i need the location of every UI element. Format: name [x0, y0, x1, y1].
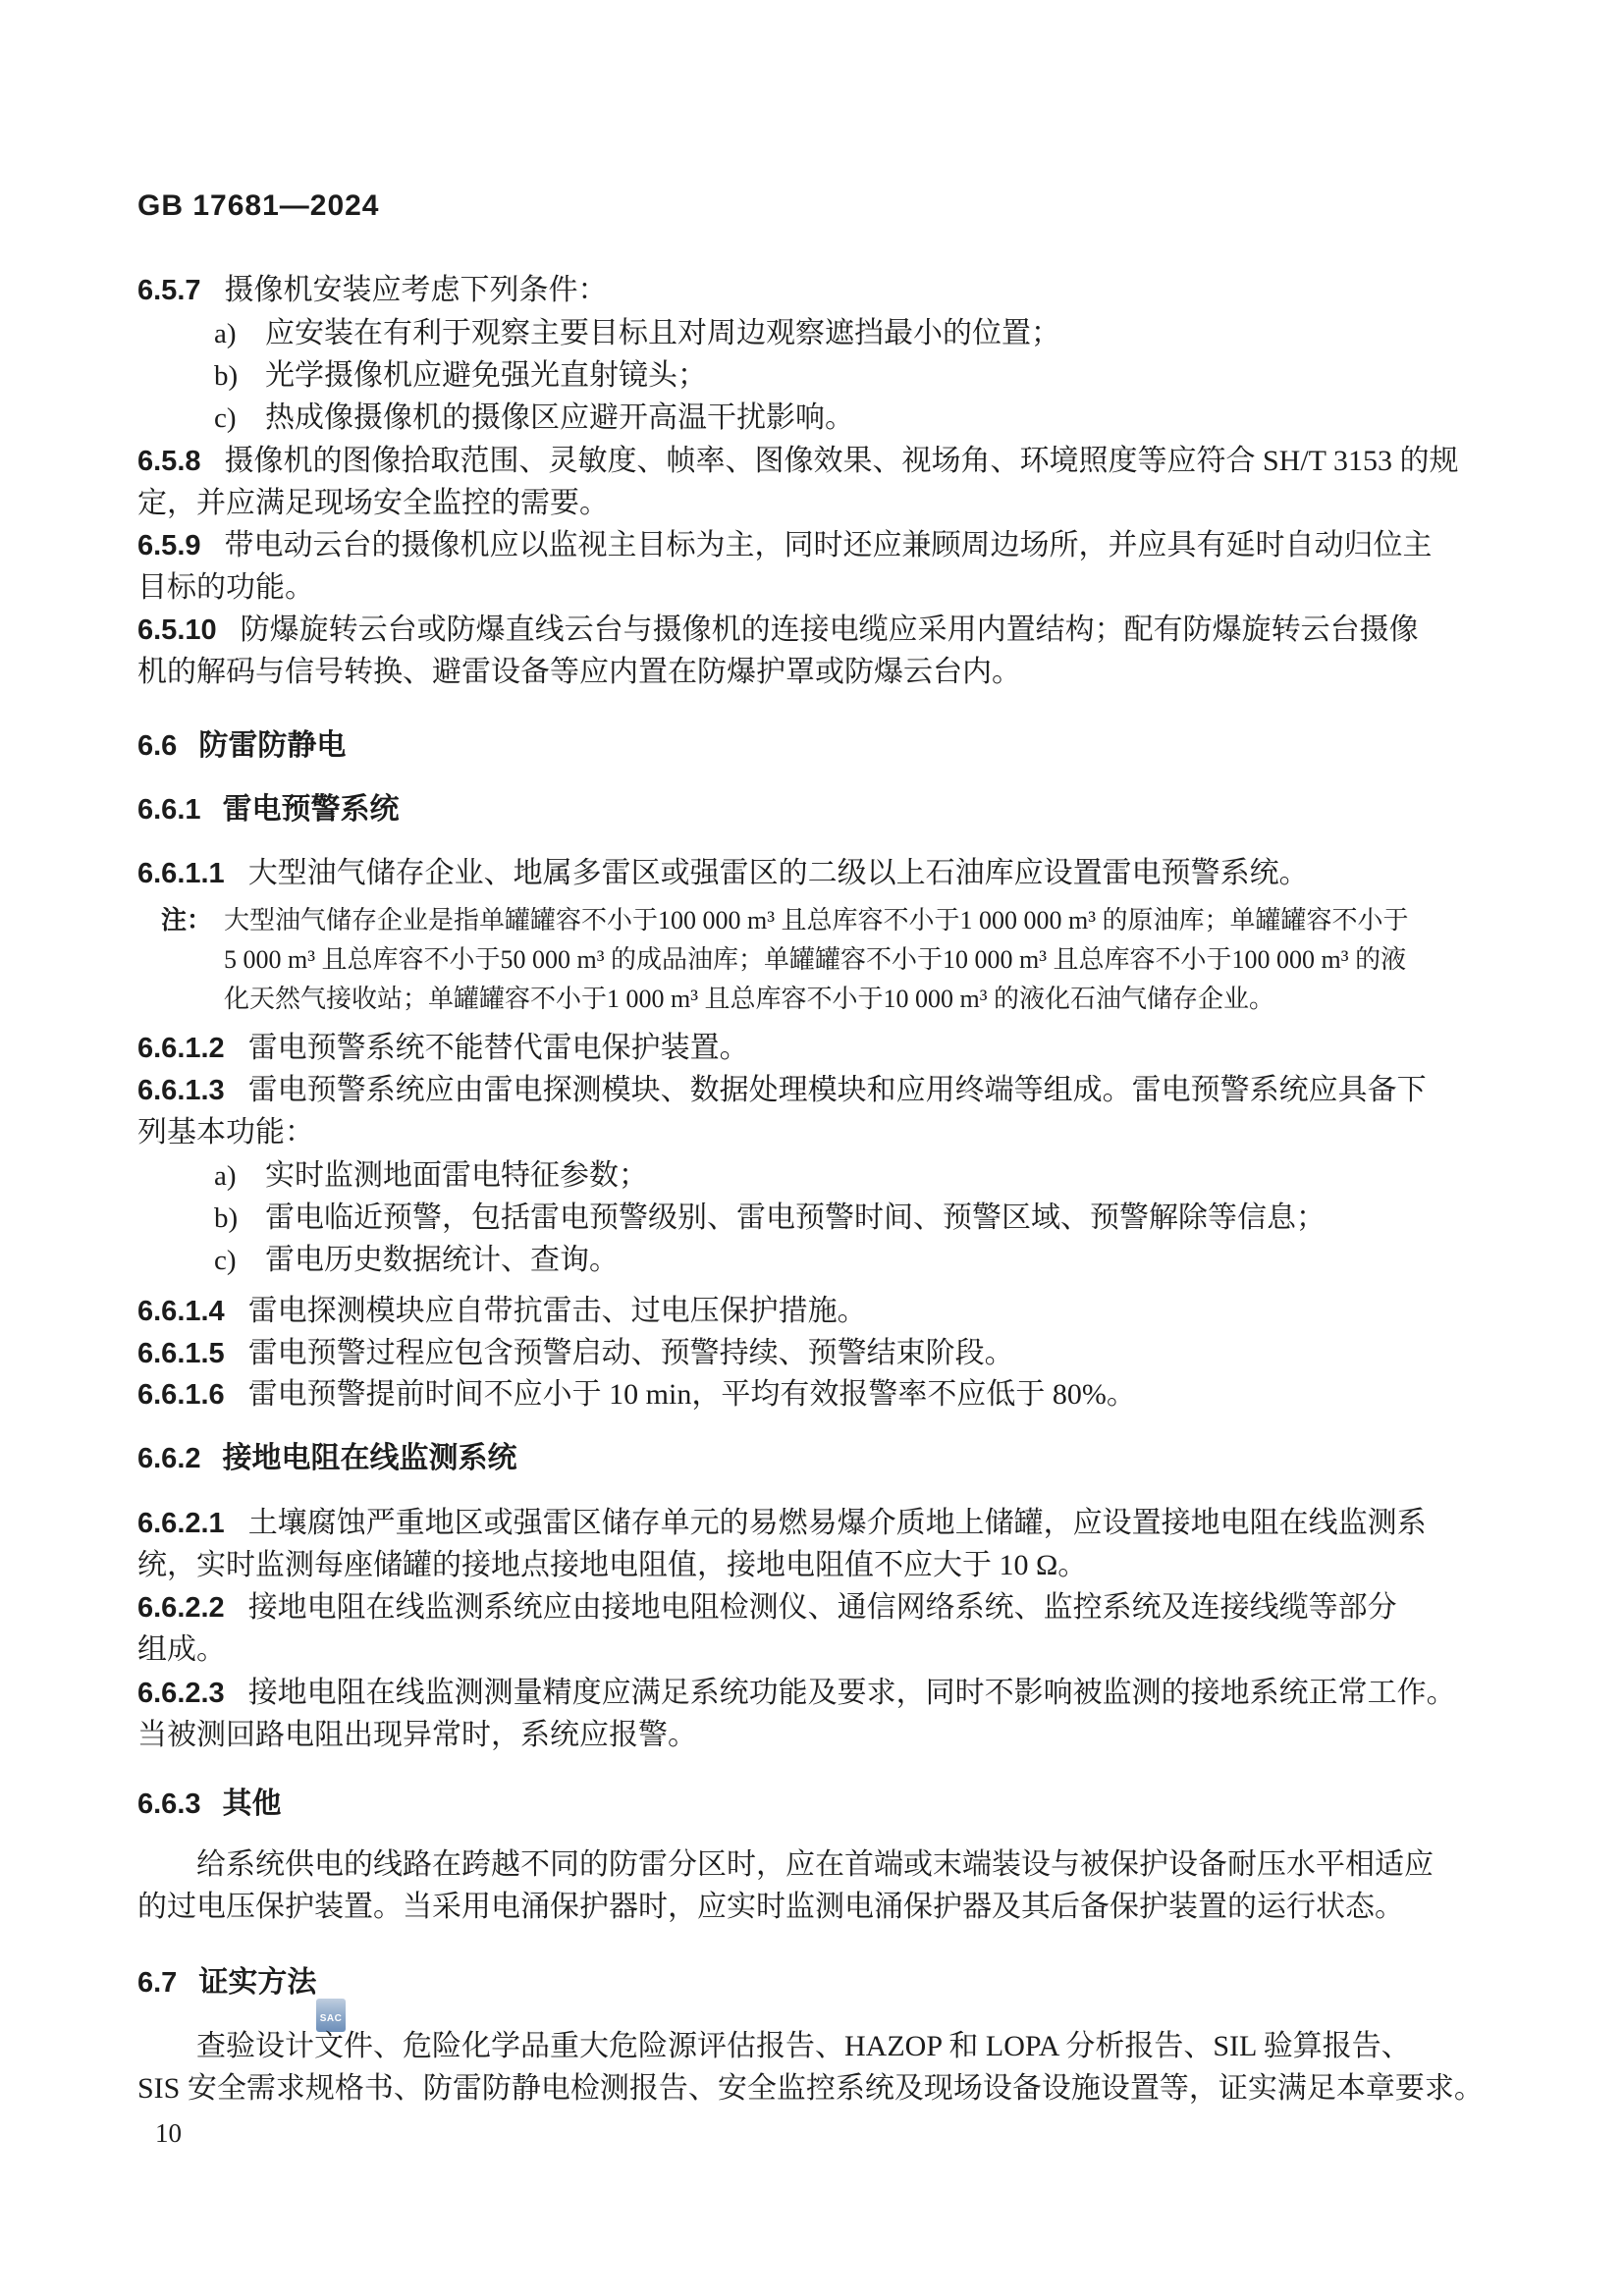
- clause-text: 接地电阻在线监测系统应由接地电阻检测仪、通信网络系统、监控系统及连接线缆等部分: [248, 1591, 1397, 1624]
- section-number: 6.6.1: [137, 794, 201, 826]
- list-text: 实时监测地面雷电特征参数；: [265, 1159, 648, 1192]
- document-page: GB 17681—2024 6.5.7摄像机安装应考虑下列条件： a)应安装在有…: [0, 0, 1624, 2296]
- clause-6-6-2-3-line1: 6.6.2.3接地电阻在线监测测量精度应满足系统功能及要求，同时不影响被监测的接…: [137, 1676, 1456, 1711]
- clause-6-5-10-line2: 机的解码与信号转换、避雷设备等应内置在防爆护罩或防爆云台内。: [137, 655, 1021, 690]
- clause-6-5-8-line1: 6.5.8摄像机的图像拾取范围、灵敏度、帧率、图像效果、视场角、环境照度等应符合…: [137, 444, 1458, 479]
- clause-6-6-1-6: 6.6.1.6雷电预警提前时间不应小于 10 min，平均有效报警率不应低于 8…: [137, 1377, 1136, 1413]
- clause-text: 雷电预警过程应包含预警启动、预警持续、预警结束阶段。: [248, 1337, 1014, 1369]
- clause-6-5-9-line1: 6.5.9带电动云台的摄像机应以监视主目标为主，同时还应兼顾周边场所，并应具有延…: [137, 528, 1433, 563]
- clause-6-6-2-2-line2: 组成。: [137, 1632, 226, 1668]
- list-label: a): [214, 1159, 265, 1194]
- list-text: 雷电临近预警，包括雷电预警级别、雷电预警时间、预警区域、预警解除等信息；: [265, 1201, 1326, 1234]
- note-line2: 5 000 m³ 且总库容不小于50 000 m³ 的成品油库；单罐罐容不小于1…: [224, 944, 1406, 975]
- section-number: 6.6.3: [137, 1789, 201, 1820]
- clause-6-6-1-2: 6.6.1.2雷电预警系统不能替代雷电保护装置。: [137, 1031, 749, 1066]
- list-label: c): [214, 1244, 265, 1278]
- section-title: 接地电阻在线监测系统: [223, 1442, 517, 1474]
- section-heading-6-6: 6.6防雷防静电: [137, 728, 346, 764]
- paragraph-6-6-3-line1: 给系统供电的线路在跨越不同的防雷分区时，应在首端或末端装设与被保护设备耐压水平相…: [196, 1847, 1434, 1883]
- section-number: 6.6: [137, 730, 177, 762]
- clause-6-6-2-1-line2: 统，实时监测每座储罐的接地点接地电阻值，接地电阻值不应大于 10 Ω。: [137, 1548, 1087, 1583]
- clause-number: 6.6.1.4: [137, 1296, 225, 1327]
- list-text: 光学摄像机应避免强光直射镜头；: [265, 359, 707, 392]
- clause-text: 接地电阻在线监测测量精度应满足系统功能及要求，同时不影响被监测的接地系统正常工作…: [248, 1677, 1456, 1709]
- list-item-a: a)实时监测地面雷电特征参数；: [214, 1158, 648, 1194]
- clause-text: 土壤腐蚀严重地区或强雷区储存单元的易燃易爆介质地上储罐，应设置接地电阻在线监测系: [248, 1507, 1427, 1539]
- clause-number: 6.6.1.5: [137, 1338, 225, 1369]
- clause-text: 雷电预警系统应由雷电探测模块、数据处理模块和应用终端等组成。雷电预警系统应具备下: [248, 1074, 1427, 1106]
- section-title: 雷电预警系统: [223, 793, 400, 826]
- list-item-c: c)雷电历史数据统计、查询。: [214, 1243, 619, 1278]
- section-title: 防雷防静电: [198, 729, 346, 762]
- note-line3: 化天然气接收站；单罐罐容不小于1 000 m³ 且总库容不小于10 000 m³…: [224, 984, 1274, 1014]
- clause-number: 6.6.1.6: [137, 1379, 225, 1411]
- paragraph-6-6-3-line2: 的过电压保护装置。当采用电涌保护器时，应实时监测电涌保护器及其后备保护装置的运行…: [137, 1890, 1404, 1925]
- sac-watermark-logo: SAC: [316, 1999, 346, 2032]
- section-number: 6.6.2: [137, 1443, 201, 1474]
- clause-6-6-1-3-line2: 列基本功能：: [137, 1115, 314, 1150]
- clause-number: 6.6.2.3: [137, 1678, 225, 1709]
- clause-number: 6.6.1.3: [137, 1075, 225, 1106]
- clause-number: 6.6.1.1: [137, 858, 225, 889]
- clause-text: 摄像机的图像拾取范围、灵敏度、帧率、图像效果、视场角、环境照度等应符合 SH/T…: [225, 445, 1459, 477]
- clause-6-6-2-3-line2: 当被测回路电阻出现异常时，系统应报警。: [137, 1718, 697, 1753]
- clause-number: 6.6.1.2: [137, 1033, 225, 1064]
- clause-text: 雷电探测模块应自带抗雷击、过电压保护措施。: [248, 1295, 867, 1327]
- clause-6-5-7: 6.5.7摄像机安装应考虑下列条件：: [137, 273, 608, 308]
- clause-6-6-1-3-line1: 6.6.1.3雷电预警系统应由雷电探测模块、数据处理模块和应用终端等组成。雷电预…: [137, 1073, 1427, 1108]
- list-label: a): [214, 317, 265, 351]
- page-number: 10: [155, 2117, 182, 2149]
- paragraph-6-7-line2: SIS 安全需求规格书、防雷防静电检测报告、安全监控系统及现场设备设施设置等，证…: [137, 2071, 1484, 2107]
- list-label: b): [214, 359, 265, 394]
- list-item-b: b)雷电临近预警，包括雷电预警级别、雷电预警时间、预警区域、预警解除等信息；: [214, 1201, 1326, 1236]
- list-item-b: b)光学摄像机应避免强光直射镜头；: [214, 358, 707, 394]
- note-line1: 注：大型油气储存企业是指单罐罐容不小于100 000 m³ 且总库容不小于1 0…: [161, 905, 1409, 935]
- clause-text: 大型油气储存企业、地属多雷区或强雷区的二级以上石油库应设置雷电预警系统。: [248, 857, 1309, 889]
- clause-6-6-2-2-line1: 6.6.2.2接地电阻在线监测系统应由接地电阻检测仪、通信网络系统、监控系统及连…: [137, 1590, 1397, 1626]
- section-heading-6-6-1: 6.6.1雷电预警系统: [137, 792, 400, 828]
- clause-text: 防爆旋转云台或防爆直线云台与摄像机的连接电缆应采用内置结构；配有防爆旋转云台摄像: [241, 614, 1419, 646]
- list-item-c: c)热成像摄像机的摄像区应避开高温干扰影响。: [214, 400, 854, 436]
- clause-6-5-9-line2: 目标的功能。: [137, 570, 314, 606]
- section-title: 证实方法: [198, 1966, 316, 1999]
- list-text: 应安装在有利于观察主要目标且对周边观察遮挡最小的位置；: [265, 317, 1060, 349]
- list-item-a: a)应安装在有利于观察主要目标且对周边观察遮挡最小的位置；: [214, 316, 1060, 351]
- clause-number: 6.5.8: [137, 446, 201, 477]
- clause-number: 6.6.2.1: [137, 1508, 225, 1539]
- clause-6-6-1-4: 6.6.1.4雷电探测模块应自带抗雷击、过电压保护措施。: [137, 1294, 867, 1329]
- clause-text: 带电动云台的摄像机应以监视主目标为主，同时还应兼顾周边场所，并应具有延时自动归位…: [225, 529, 1433, 561]
- clause-6-6-1-1: 6.6.1.1大型油气储存企业、地属多雷区或强雷区的二级以上石油库应设置雷电预警…: [137, 856, 1309, 891]
- clause-6-6-1-5: 6.6.1.5雷电预警过程应包含预警启动、预警持续、预警结束阶段。: [137, 1336, 1014, 1371]
- clause-text: 雷电预警系统不能替代雷电保护装置。: [248, 1032, 749, 1064]
- section-number: 6.7: [137, 1967, 177, 1999]
- clause-6-5-10-line1: 6.5.10防爆旋转云台或防爆直线云台与摄像机的连接电缆应采用内置结构；配有防爆…: [137, 613, 1419, 648]
- note-label: 注：: [161, 905, 212, 934]
- section-heading-6-7: 6.7证实方法: [137, 1965, 316, 2001]
- note-text: 大型油气储存企业是指单罐罐容不小于100 000 m³ 且总库容不小于1 000…: [224, 906, 1409, 934]
- section-title: 其他: [223, 1788, 282, 1820]
- clause-6-5-8-line2: 定，并应满足现场安全监控的需要。: [137, 486, 609, 521]
- list-label: b): [214, 1201, 265, 1236]
- clause-number: 6.5.7: [137, 275, 201, 306]
- clause-text: 雷电预警提前时间不应小于 10 min，平均有效报警率不应低于 80%。: [248, 1378, 1136, 1411]
- section-heading-6-6-2: 6.6.2接地电阻在线监测系统: [137, 1441, 517, 1476]
- section-heading-6-6-3: 6.6.3其他: [137, 1787, 282, 1822]
- clause-6-6-2-1-line1: 6.6.2.1土壤腐蚀严重地区或强雷区储存单元的易燃易爆介质地上储罐，应设置接地…: [137, 1506, 1427, 1541]
- paragraph-6-7-line1: 查验设计文件、危险化学品重大危险源评估报告、HAZOP 和 LOPA 分析报告、…: [196, 2029, 1411, 2064]
- clause-text: 摄像机安装应考虑下列条件：: [225, 274, 608, 306]
- list-text: 雷电历史数据统计、查询。: [265, 1244, 619, 1276]
- clause-number: 6.5.9: [137, 530, 201, 561]
- standard-number-header: GB 17681—2024: [137, 188, 380, 224]
- list-text: 热成像摄像机的摄像区应避开高温干扰影响。: [265, 401, 854, 434]
- clause-number: 6.6.2.2: [137, 1592, 225, 1624]
- list-label: c): [214, 401, 265, 436]
- clause-number: 6.5.10: [137, 614, 217, 646]
